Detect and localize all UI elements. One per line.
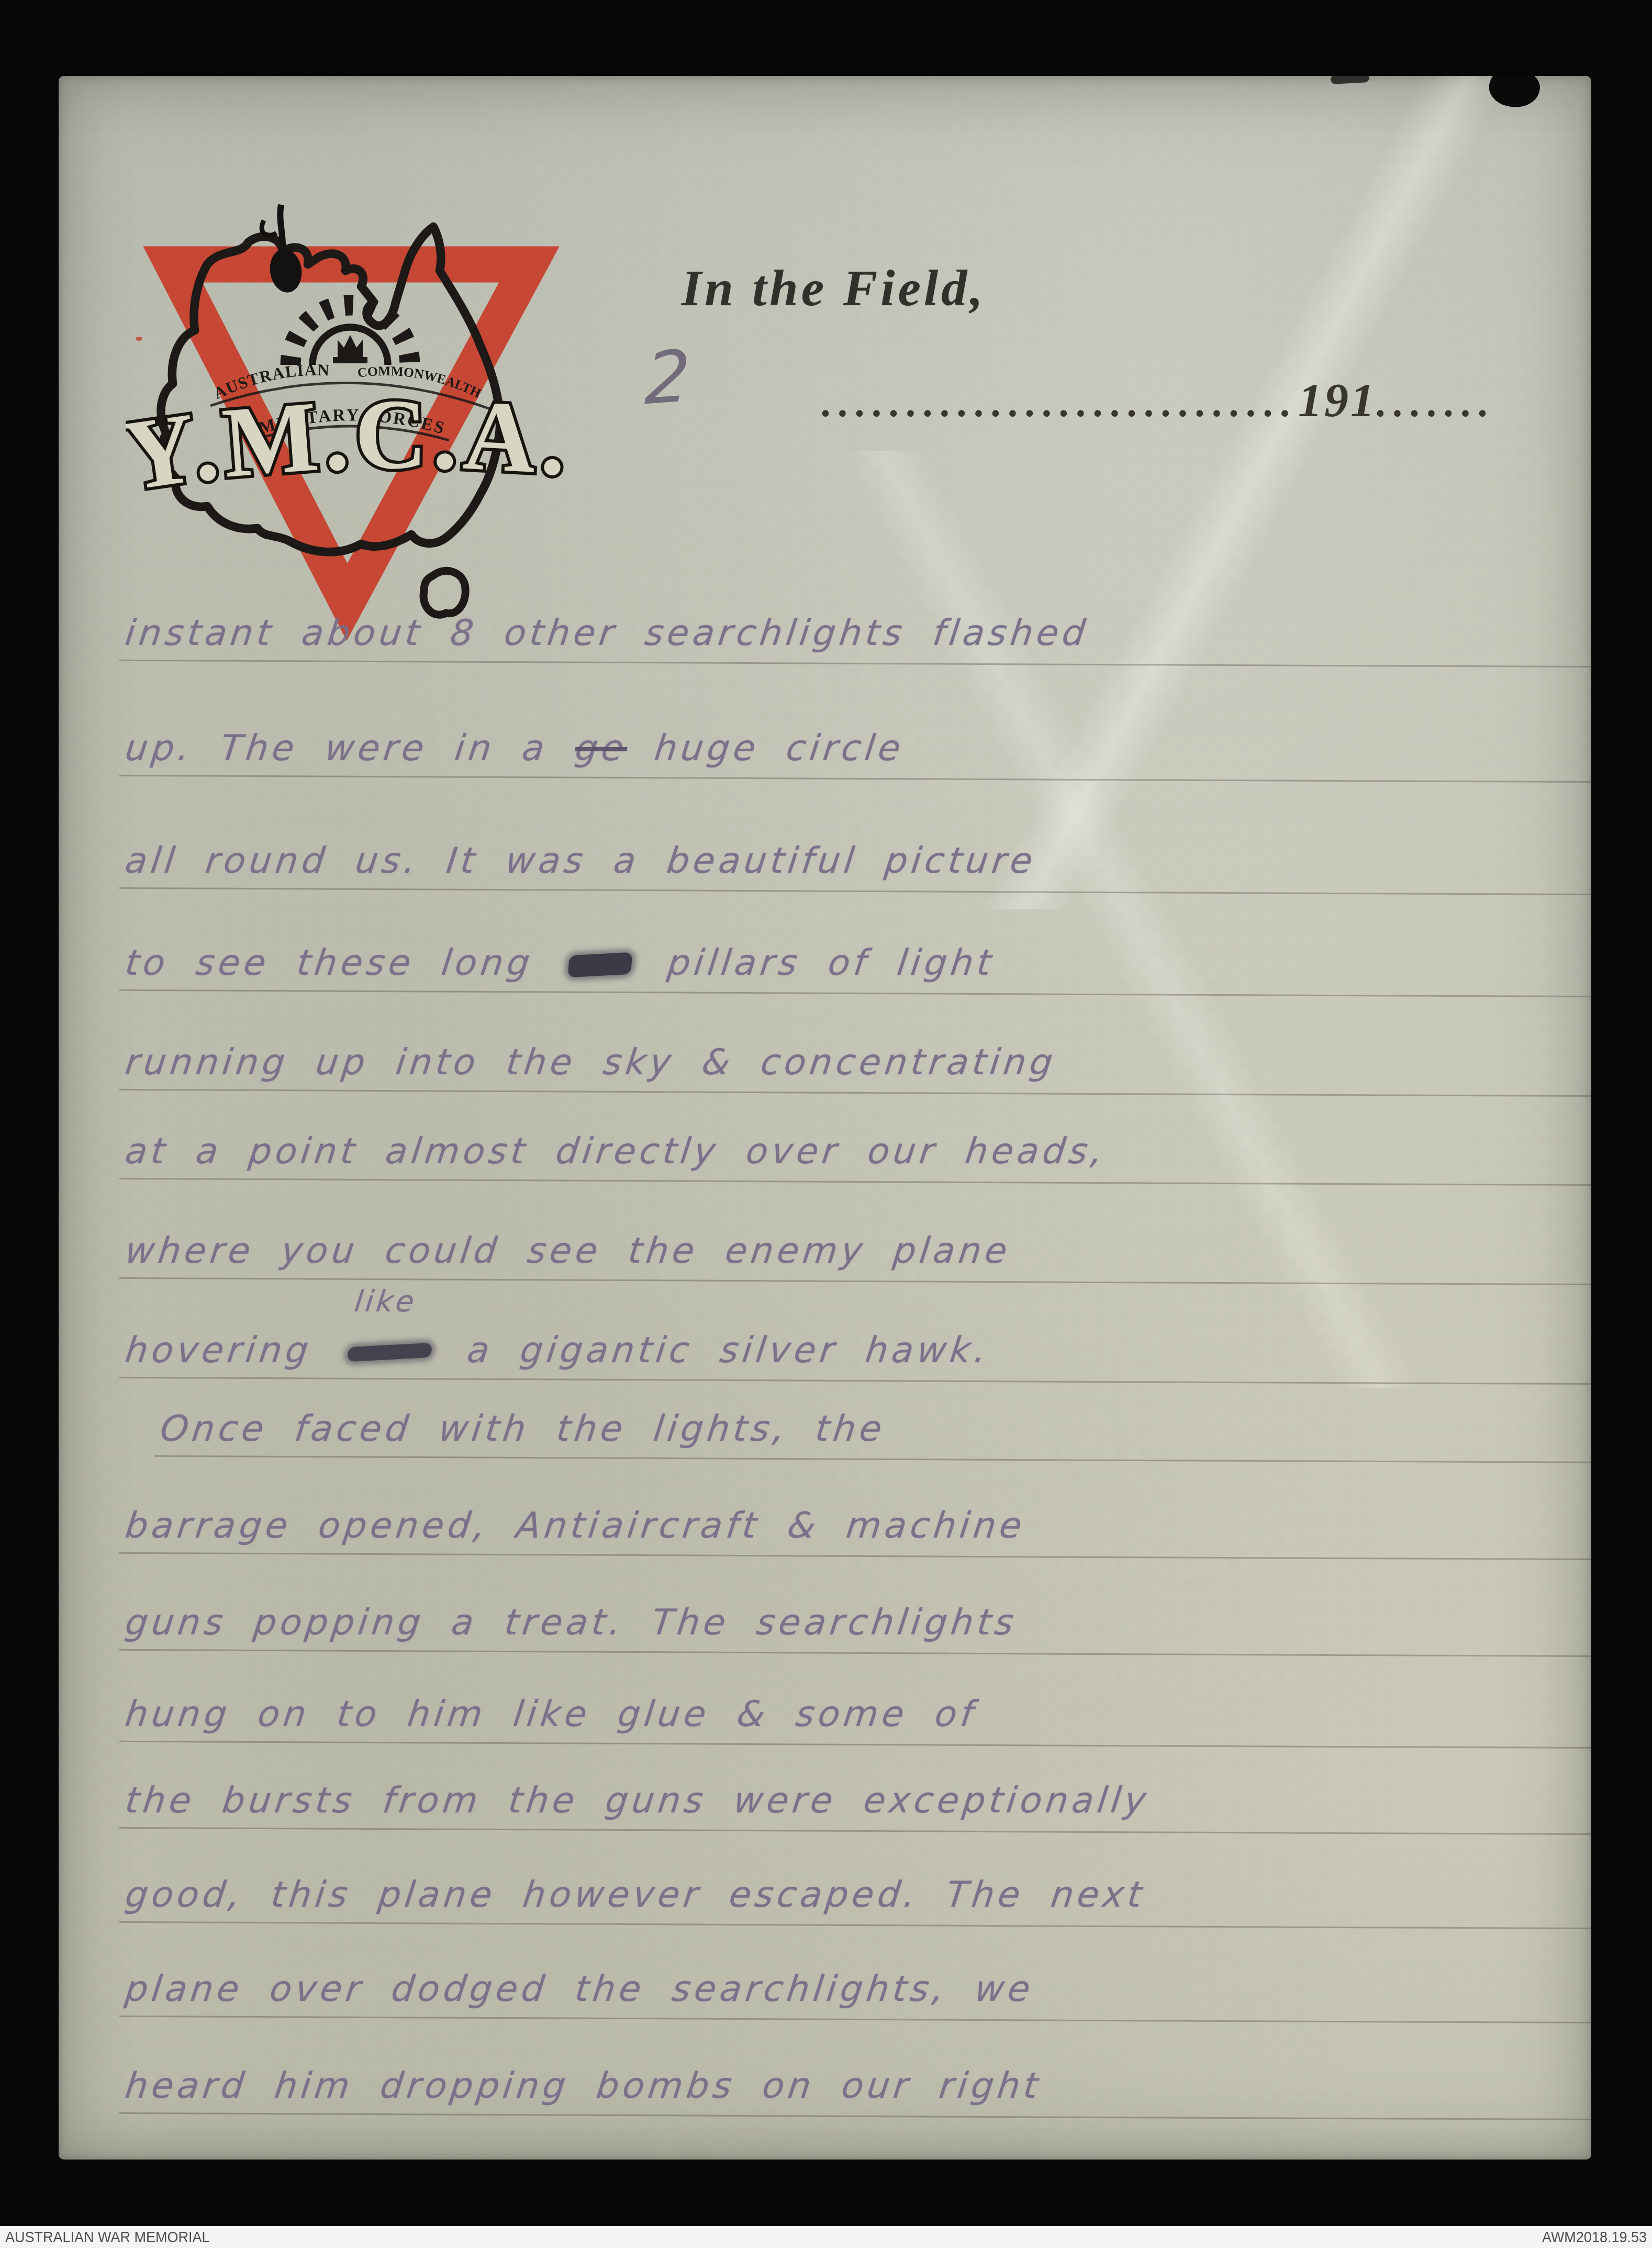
handwriting-text: barrage opened, Antiaircraft & machine <box>123 1505 1028 1546</box>
tasmania-map-icon <box>423 571 465 615</box>
handwriting-text: a gigantic silver hawk. <box>438 1330 992 1371</box>
handwriting-line: up. The were in a ge huge circle <box>123 728 907 769</box>
handwriting-line: all round us. It was a beautiful picture <box>123 840 1039 882</box>
handwriting-text: all round us. It was a beautiful picture <box>123 840 1039 882</box>
handwriting-line: running up into the sky & concentrating <box>123 1042 1058 1083</box>
handwriting-line: Once faced with the lights, the <box>158 1408 888 1450</box>
correction-insert: like <box>337 1330 443 1371</box>
archive-footer-strip: AUSTRALIAN WAR MEMORIAL AWM2018.19.53 <box>0 2226 1652 2248</box>
archive-institution-label: AUSTRALIAN WAR MEMORIAL <box>5 2228 210 2245</box>
inserted-word-above: like <box>353 1285 419 1319</box>
page-number: 2 <box>643 335 691 421</box>
handwriting-text: up. The were in a <box>123 728 578 769</box>
scanned-letter-page: { "document": { "type": "handwritten let… <box>0 0 1652 2248</box>
handwriting-line: hovering like a gigantic silver hawk. <box>123 1330 992 1371</box>
handwriting-text: pillars of light <box>638 942 997 984</box>
handwriting-line: instant about 8 other searchlights flash… <box>123 613 1091 654</box>
ymca-wordmark: Y.M.C.A. <box>126 378 576 512</box>
handwriting-line: at a point almost directly over our head… <box>123 1131 1109 1172</box>
handwriting-line: the bursts from the guns were exceptiona… <box>123 1780 1152 1821</box>
ink-drip-icon <box>280 205 283 255</box>
in-the-field-heading: In the Field, <box>682 259 986 318</box>
handwriting-text: where you could see the enemy plane <box>123 1230 1013 1272</box>
scribbled-out-word <box>347 1343 432 1362</box>
handwriting-text: hovering <box>123 1330 342 1371</box>
letter-paper: AUSTRALIAN COMMONWEALTH MILITARY FORCES … <box>59 76 1591 2160</box>
handwriting-text: hung on to him like glue & some of <box>123 1694 979 1735</box>
ink-drip-icon <box>262 220 276 236</box>
handwriting-text: Once faced with the lights, the <box>158 1408 888 1450</box>
handwriting-line: good, this plane however escaped. The ne… <box>123 1874 1148 1916</box>
handwriting-text: huge circle <box>624 728 906 769</box>
handwriting-line: guns popping a treat. The searchlights <box>123 1602 1020 1643</box>
handwriting-line: heard him dropping bombs on our right <box>123 2065 1044 2107</box>
handwriting-text: to see these long <box>123 942 563 984</box>
scribbled-out-word <box>568 952 633 977</box>
date-line: ............................191....... <box>822 372 1496 428</box>
handwriting-text: plane over dodged the searchlights, we <box>123 1968 1036 2010</box>
handwriting-text: good, this plane however escaped. The ne… <box>123 1874 1148 1916</box>
date-dots: ....... <box>1377 380 1496 425</box>
handwriting-text: guns popping a treat. The searchlights <box>123 1602 1020 1643</box>
handwriting-line: where you could see the enemy plane <box>123 1230 1013 1272</box>
handwriting-line: plane over dodged the searchlights, we <box>123 1968 1036 2010</box>
handwriting-text: heard him dropping bombs on our right <box>123 2065 1044 2107</box>
year-printed: 191 <box>1298 373 1377 427</box>
ymca-aif-logo: AUSTRALIAN COMMONWEALTH MILITARY FORCES … <box>126 202 597 649</box>
handwriting-line: barrage opened, Antiaircraft & machine <box>123 1505 1028 1546</box>
handwriting-text: at a point almost directly over our head… <box>123 1131 1109 1172</box>
handwriting-text: instant about 8 other searchlights flash… <box>123 613 1091 654</box>
date-dots: ............................ <box>822 380 1298 425</box>
handwriting-line: hung on to him like glue & some of <box>123 1694 979 1735</box>
handwriting-text: the bursts from the guns were exceptiona… <box>123 1780 1152 1821</box>
handwriting-line: to see these long pillars of light <box>123 942 997 984</box>
archive-accession-number: AWM2018.19.53 <box>1542 2228 1647 2245</box>
handwriting-text: running up into the sky & concentrating <box>123 1042 1058 1083</box>
struck-word: ge <box>573 728 630 769</box>
